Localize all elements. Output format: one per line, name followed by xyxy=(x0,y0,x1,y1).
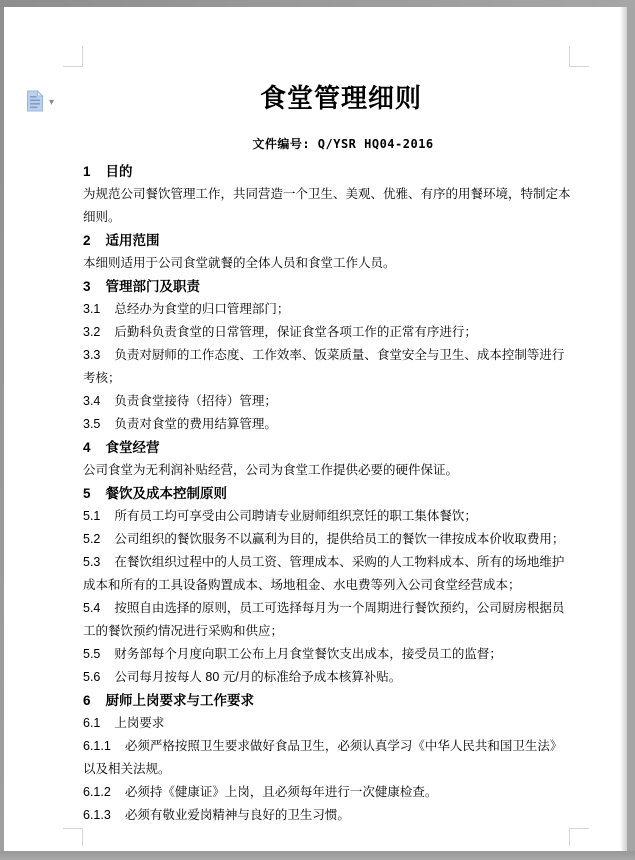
margin-crop-mark-bottom-left xyxy=(63,828,83,846)
line-text: 财务部每个月度向职工公布上月食堂餐饮支出成本，接受员工的监督； xyxy=(114,647,502,661)
line-number: 6.1.1 xyxy=(83,735,111,758)
line-text: 成本和所有的工具设备购置成本、场地租金、水电费等列入公司食堂经营成本； xyxy=(83,578,521,592)
line-text: 必须严格按照卫生要求做好食品卫生，必须认真学习《中华人民共和国卫生法》 xyxy=(125,739,563,753)
line-text: 餐饮及成本控制原则 xyxy=(106,486,228,501)
clause-line: 6.1.3必须有敬业爱岗精神与良好的卫生习惯。 xyxy=(83,804,575,827)
section-heading: 2适用范围 xyxy=(83,229,575,252)
line-number: 6.1.3 xyxy=(83,804,111,827)
line-number: 6 xyxy=(83,689,91,712)
clause-line: 5.3在餐饮组织过程中的人员工资、管理成本、采购的人工物料成本、所有的场地维护 xyxy=(83,551,575,574)
section-heading: 3管理部门及职责 xyxy=(83,275,575,298)
clause-line: 5.6公司每月按每人 80 元/月的标准给予成本核算补贴。 xyxy=(83,666,575,689)
line-text: 公司每月按每人 80 元/月的标准给予成本核算补贴。 xyxy=(114,670,401,684)
line-text: 细则。 xyxy=(83,210,121,224)
line-number: 3.3 xyxy=(83,344,100,367)
line-number: 1 xyxy=(83,160,91,183)
section-heading: 1目的 xyxy=(83,160,575,183)
line-text: 上岗要求 xyxy=(114,716,164,730)
body-line: 公司食堂为无利润补贴经营，公司为食堂工作提供必要的硬件保证。 xyxy=(83,459,575,482)
line-number: 2 xyxy=(83,229,91,252)
line-number: 3.5 xyxy=(83,413,100,436)
clause-line: 6.1.1必须严格按照卫生要求做好食品卫生，必须认真学习《中华人民共和国卫生法》 xyxy=(83,735,575,758)
line-text: 公司食堂为无利润补贴经营，公司为食堂工作提供必要的硬件保证。 xyxy=(83,463,458,477)
body-line: 考核； xyxy=(83,367,575,390)
clause-line: 3.4负责食堂接待（招待）管理； xyxy=(83,390,575,413)
line-text: 必须有敬业爱岗精神与良好的卫生习惯。 xyxy=(125,808,350,822)
line-number: 5.1 xyxy=(83,505,100,528)
line-text: 所有员工均可享受由公司聘请专业厨师组织烹饪的职工集体餐饮； xyxy=(114,509,477,523)
page-title: 食堂管理细则 xyxy=(83,82,587,114)
line-text: 目的 xyxy=(106,164,133,179)
document-page: ▾ 食堂管理细则 文件编号: Q/YSR HQ04-2016 1目的为规范公司餐… xyxy=(4,7,620,851)
line-text: 考核； xyxy=(83,371,121,385)
line-number: 6.1 xyxy=(83,712,100,735)
line-text: 负责对厨师的工作态度、工作效率、饭菜质量、食堂安全与卫生、成本控制等进行 xyxy=(114,348,564,362)
line-text: 为规范公司餐饮管理工作，共同营造一个卫生、美观、优雅、有序的用餐环境，特制定本 xyxy=(83,187,571,201)
line-number: 5 xyxy=(83,482,91,505)
body-line: 以及相关法规。 xyxy=(83,758,575,781)
chevron-down-icon: ▾ xyxy=(49,98,54,108)
clause-line: 5.4按照自由选择的原则，员工可选择每月为一个周期进行餐饮预约，公司厨房根据员 xyxy=(83,597,575,620)
line-text: 后勤科负责食堂的日常管理，保证食堂各项工作的正常有序进行； xyxy=(114,325,477,339)
clause-line: 5.5财务部每个月度向职工公布上月食堂餐饮支出成本，接受员工的监督； xyxy=(83,643,575,666)
body-line: 工的餐饮预约情况进行采购和供应； xyxy=(83,620,575,643)
line-text: 适用范围 xyxy=(106,233,160,248)
clause-line: 3.2后勤科负责食堂的日常管理，保证食堂各项工作的正常有序进行； xyxy=(83,321,575,344)
line-text: 食堂经营 xyxy=(106,440,160,455)
window-frame-right xyxy=(627,7,635,851)
line-text: 必须持《健康证》上岗，且必须每年进行一次健康检查。 xyxy=(125,785,438,799)
line-number: 3.2 xyxy=(83,321,100,344)
line-number: 5.5 xyxy=(83,643,100,666)
line-number: 3.4 xyxy=(83,390,100,413)
line-text: 在餐饮组织过程中的人员工资、管理成本、采购的人工物料成本、所有的场地维护 xyxy=(114,555,564,569)
document-icon xyxy=(26,90,44,115)
doc-number: 文件编号: Q/YSR HQ04-2016 xyxy=(83,137,589,151)
line-number: 3.1 xyxy=(83,298,100,321)
line-number: 5.3 xyxy=(83,551,100,574)
window-frame-top xyxy=(0,0,635,7)
clause-line: 5.1所有员工均可享受由公司聘请专业厨师组织烹饪的职工集体餐饮； xyxy=(83,505,575,528)
clause-line: 3.3负责对厨师的工作态度、工作效率、饭菜质量、食堂安全与卫生、成本控制等进行 xyxy=(83,344,575,367)
clause-line: 5.2公司组织的餐饮服务不以赢利为目的，提供给员工的餐饮一律按成本价收取费用； xyxy=(83,528,575,551)
line-text: 本细则适用于公司食堂就餐的全体人员和食堂工作人员。 xyxy=(83,256,396,270)
window-frame-bottom xyxy=(0,851,635,860)
clause-line: 6.1.2必须持《健康证》上岗，且必须每年进行一次健康检查。 xyxy=(83,781,575,804)
body-line: 本细则适用于公司食堂就餐的全体人员和食堂工作人员。 xyxy=(83,252,575,275)
document-viewer: { "window": { "paste_options": { "icon":… xyxy=(0,0,635,860)
line-text: 按照自由选择的原则，员工可选择每月为一个周期进行餐饮预约，公司厨房根据员 xyxy=(114,601,564,615)
line-text: 管理部门及职责 xyxy=(106,279,201,294)
section-heading: 5餐饮及成本控制原则 xyxy=(83,482,575,505)
line-text: 工的餐饮预约情况进行采购和供应； xyxy=(83,624,283,638)
line-number: 5.2 xyxy=(83,528,100,551)
line-text: 以及相关法规。 xyxy=(83,762,171,776)
line-text: 厨师上岗要求与工作要求 xyxy=(106,693,255,708)
section-heading: 4食堂经营 xyxy=(83,436,575,459)
line-number: 4 xyxy=(83,436,91,459)
body-line: 细则。 xyxy=(83,206,575,229)
line-number: 5.6 xyxy=(83,666,100,689)
body-line: 为规范公司餐饮管理工作，共同营造一个卫生、美观、优雅、有序的用餐环境，特制定本 xyxy=(83,183,575,206)
clause-line: 6.1上岗要求 xyxy=(83,712,575,735)
line-text: 负责食堂接待（招待）管理； xyxy=(114,394,277,408)
margin-crop-mark-top-left xyxy=(63,46,83,67)
line-number: 3 xyxy=(83,275,91,298)
paste-options-button[interactable]: ▾ xyxy=(26,90,54,115)
page-edge-shadow xyxy=(620,7,627,851)
body-line: 成本和所有的工具设备购置成本、场地租金、水电费等列入公司食堂经营成本； xyxy=(83,574,575,597)
clause-line: 3.5负责对食堂的费用结算管理。 xyxy=(83,413,575,436)
line-number: 5.4 xyxy=(83,597,100,620)
line-number: 6.1.2 xyxy=(83,781,111,804)
line-text: 负责对食堂的费用结算管理。 xyxy=(114,417,277,431)
line-text: 公司组织的餐饮服务不以赢利为目的，提供给员工的餐饮一律按成本价收取费用； xyxy=(114,532,564,546)
document-body: 1目的为规范公司餐饮管理工作，共同营造一个卫生、美观、优雅、有序的用餐环境，特制… xyxy=(83,160,575,827)
clause-line: 3.1总经办为食堂的归口管理部门； xyxy=(83,298,575,321)
line-text: 总经办为食堂的归口管理部门； xyxy=(114,302,289,316)
section-heading: 6厨师上岗要求与工作要求 xyxy=(83,689,575,712)
document-content: 食堂管理细则 文件编号: Q/YSR HQ04-2016 1目的为规范公司餐饮管… xyxy=(83,7,575,851)
